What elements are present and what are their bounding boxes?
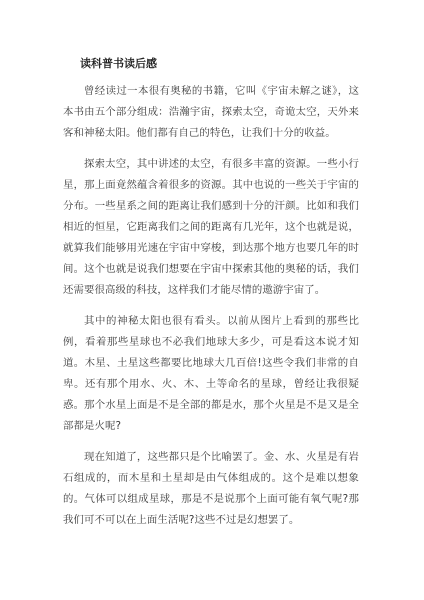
paragraph-intro: 曾经读过一本很有奥秘的书籍，它叫《宇宙未解之谜》，这本书由五个部分组成：浩瀚宇宙… (63, 81, 359, 144)
document-title: 读科普书读后感 (80, 55, 359, 73)
paragraph-mysterious-sun: 其中的神秘太阳也很有看头。以前从图片上看到的那些比例，看着那些星球也不必我们地球… (63, 311, 359, 437)
paragraph-conclusion: 现在知道了，这些都只是个比喻罢了。金、水、火星是有岩石组成的，而木星和土星却是由… (63, 447, 359, 531)
paragraph-exploring-space: 探索太空，其中讲述的太空，有很多丰富的资源。一些小行星，那上面竟然蕴含着很多的资… (63, 154, 359, 301)
document-page: 读科普书读后感 曾经读过一本很有奥秘的书籍，它叫《宇宙未解之谜》，这本书由五个部… (63, 55, 359, 531)
